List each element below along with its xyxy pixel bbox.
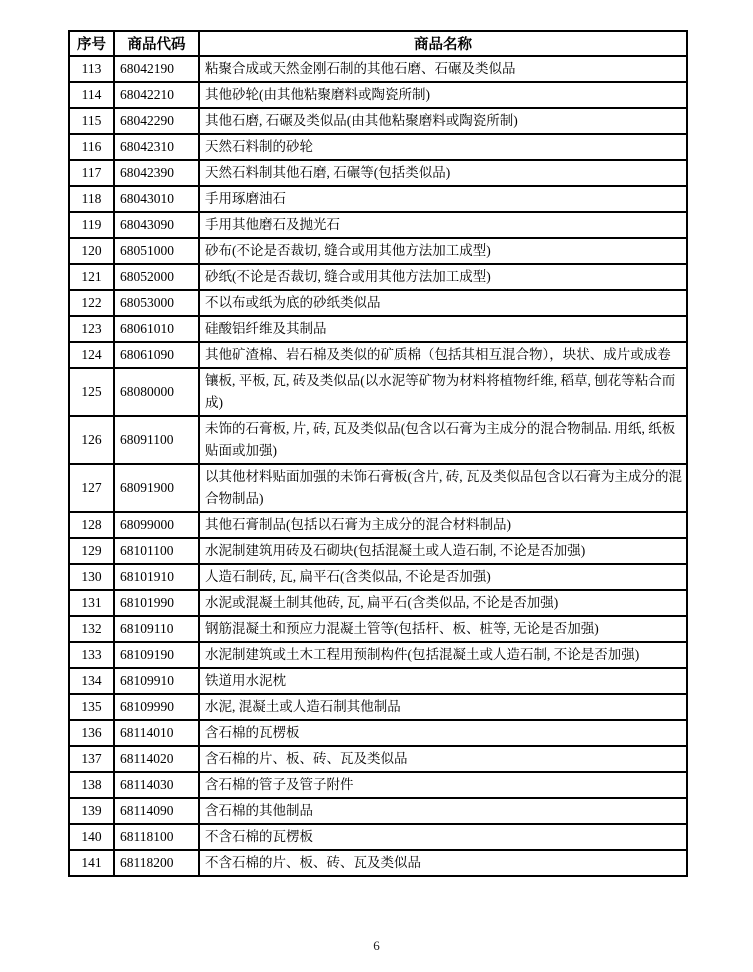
- table-row: 129 68101100 水泥制建筑用砖及石砌块(包括混凝土或人造石制, 不论是…: [69, 538, 687, 564]
- serial-cell: 116: [69, 134, 114, 160]
- table-row: 117 68042390 天然石料制其他石磨, 石碾等(包括类似品): [69, 160, 687, 186]
- code-cell: 68042290: [114, 108, 199, 134]
- table-header: 序号 商品代码 商品名称: [69, 31, 687, 56]
- code-cell: 68114010: [114, 720, 199, 746]
- code-cell: 68118100: [114, 824, 199, 850]
- name-cell: 粘聚合成或天然金刚石制的其他石磨、石碾及类似品: [199, 56, 687, 82]
- serial-cell: 114: [69, 82, 114, 108]
- code-cell: 68053000: [114, 290, 199, 316]
- code-cell: 68109110: [114, 616, 199, 642]
- table-row: 138 68114030 含石棉的管子及管子附件: [69, 772, 687, 798]
- name-cell: 含石棉的管子及管子附件: [199, 772, 687, 798]
- serial-cell: 120: [69, 238, 114, 264]
- code-cell: 68042190: [114, 56, 199, 82]
- code-cell: 68061010: [114, 316, 199, 342]
- table-row: 141 68118200 不含石棉的片、板、砖、瓦及类似品: [69, 850, 687, 876]
- name-cell: 其他矿渣棉、岩石棉及类似的矿质棉（包括其相互混合物），块状、成片或成卷: [199, 342, 687, 368]
- header-code: 商品代码: [114, 31, 199, 56]
- code-cell: 68109990: [114, 694, 199, 720]
- serial-cell: 118: [69, 186, 114, 212]
- code-cell: 68043010: [114, 186, 199, 212]
- name-cell: 其他砂轮(由其他粘聚磨料或陶瓷所制): [199, 82, 687, 108]
- code-cell: 68114090: [114, 798, 199, 824]
- serial-cell: 123: [69, 316, 114, 342]
- table-row: 122 68053000 不以布或纸为底的砂纸类似品: [69, 290, 687, 316]
- serial-cell: 133: [69, 642, 114, 668]
- code-cell: 68042310: [114, 134, 199, 160]
- name-cell: 其他石膏制品(包括以石膏为主成分的混合材料制品): [199, 512, 687, 538]
- commodity-table: 序号 商品代码 商品名称 113 68042190 粘聚合成或天然金刚石制的其他…: [68, 30, 688, 877]
- serial-cell: 140: [69, 824, 114, 850]
- name-cell: 含石棉的片、板、砖、瓦及类似品: [199, 746, 687, 772]
- code-cell: 68109910: [114, 668, 199, 694]
- name-cell: 天然石料制其他石磨, 石碾等(包括类似品): [199, 160, 687, 186]
- serial-cell: 124: [69, 342, 114, 368]
- serial-cell: 117: [69, 160, 114, 186]
- table-row: 135 68109990 水泥, 混凝土或人造石制其他制品: [69, 694, 687, 720]
- name-cell: 不含石棉的瓦楞板: [199, 824, 687, 850]
- table-row: 121 68052000 砂纸(不论是否裁切, 缝合或用其他方法加工成型): [69, 264, 687, 290]
- code-cell: 68042390: [114, 160, 199, 186]
- table-row: 114 68042210 其他砂轮(由其他粘聚磨料或陶瓷所制): [69, 82, 687, 108]
- code-cell: 68114030: [114, 772, 199, 798]
- code-cell: 68052000: [114, 264, 199, 290]
- name-cell: 以其他材料贴面加强的未饰石膏板(含片, 砖, 瓦及类似品包含以石膏为主成分的混合…: [199, 464, 687, 512]
- name-cell: 不以布或纸为底的砂纸类似品: [199, 290, 687, 316]
- code-cell: 68061090: [114, 342, 199, 368]
- name-cell: 不含石棉的片、板、砖、瓦及类似品: [199, 850, 687, 876]
- serial-cell: 113: [69, 56, 114, 82]
- name-cell: 水泥或混凝土制其他砖, 瓦, 扁平石(含类似品, 不论是否加强): [199, 590, 687, 616]
- table-row: 137 68114020 含石棉的片、板、砖、瓦及类似品: [69, 746, 687, 772]
- table-row: 123 68061010 硅酸铝纤维及其制品: [69, 316, 687, 342]
- serial-cell: 132: [69, 616, 114, 642]
- page-number: 6: [0, 938, 753, 954]
- serial-cell: 134: [69, 668, 114, 694]
- table-row: 115 68042290 其他石磨, 石碾及类似品(由其他粘聚磨料或陶瓷所制): [69, 108, 687, 134]
- serial-cell: 136: [69, 720, 114, 746]
- table-row: 134 68109910 铁道用水泥枕: [69, 668, 687, 694]
- name-cell: 手用其他磨石及抛光石: [199, 212, 687, 238]
- serial-cell: 129: [69, 538, 114, 564]
- name-cell: 镶板, 平板, 瓦, 砖及类似品(以水泥等矿物为材料将植物纤维, 稻草, 刨花等…: [199, 368, 687, 416]
- name-cell: 人造石制砖, 瓦, 扁平石(含类似品, 不论是否加强): [199, 564, 687, 590]
- name-cell: 钢筋混凝土和预应力混凝土管等(包括杆、板、桩等, 无论是否加强): [199, 616, 687, 642]
- header-row: 序号 商品代码 商品名称: [69, 31, 687, 56]
- table-row: 133 68109190 水泥制建筑或土木工程用预制构件(包括混凝土或人造石制,…: [69, 642, 687, 668]
- table-row: 140 68118100 不含石棉的瓦楞板: [69, 824, 687, 850]
- serial-cell: 139: [69, 798, 114, 824]
- name-cell: 含石棉的瓦楞板: [199, 720, 687, 746]
- name-cell: 水泥, 混凝土或人造石制其他制品: [199, 694, 687, 720]
- serial-cell: 131: [69, 590, 114, 616]
- code-cell: 68101100: [114, 538, 199, 564]
- name-cell: 含石棉的其他制品: [199, 798, 687, 824]
- table-row: 127 68091900 以其他材料贴面加强的未饰石膏板(含片, 砖, 瓦及类似…: [69, 464, 687, 512]
- name-cell: 砂纸(不论是否裁切, 缝合或用其他方法加工成型): [199, 264, 687, 290]
- name-cell: 天然石料制的砂轮: [199, 134, 687, 160]
- name-cell: 其他石磨, 石碾及类似品(由其他粘聚磨料或陶瓷所制): [199, 108, 687, 134]
- code-cell: 68051000: [114, 238, 199, 264]
- table-row: 118 68043010 手用琢磨油石: [69, 186, 687, 212]
- table-row: 128 68099000 其他石膏制品(包括以石膏为主成分的混合材料制品): [69, 512, 687, 538]
- name-cell: 水泥制建筑用砖及石砌块(包括混凝土或人造石制, 不论是否加强): [199, 538, 687, 564]
- table-row: 124 68061090 其他矿渣棉、岩石棉及类似的矿质棉（包括其相互混合物），…: [69, 342, 687, 368]
- serial-cell: 130: [69, 564, 114, 590]
- serial-cell: 119: [69, 212, 114, 238]
- serial-cell: 122: [69, 290, 114, 316]
- serial-cell: 126: [69, 416, 114, 464]
- document-page: 序号 商品代码 商品名称 113 68042190 粘聚合成或天然金刚石制的其他…: [0, 0, 753, 972]
- table-row: 139 68114090 含石棉的其他制品: [69, 798, 687, 824]
- name-cell: 未饰的石膏板, 片, 砖, 瓦及类似品(包含以石膏为主成分的混合物制品. 用纸,…: [199, 416, 687, 464]
- code-cell: 68091900: [114, 464, 199, 512]
- serial-cell: 121: [69, 264, 114, 290]
- name-cell: 铁道用水泥枕: [199, 668, 687, 694]
- code-cell: 68101910: [114, 564, 199, 590]
- header-name: 商品名称: [199, 31, 687, 56]
- code-cell: 68114020: [114, 746, 199, 772]
- code-cell: 68118200: [114, 850, 199, 876]
- code-cell: 68099000: [114, 512, 199, 538]
- table-row: 125 68080000 镶板, 平板, 瓦, 砖及类似品(以水泥等矿物为材料将…: [69, 368, 687, 416]
- name-cell: 硅酸铝纤维及其制品: [199, 316, 687, 342]
- code-cell: 68109190: [114, 642, 199, 668]
- code-cell: 68043090: [114, 212, 199, 238]
- serial-cell: 127: [69, 464, 114, 512]
- table-row: 132 68109110 钢筋混凝土和预应力混凝土管等(包括杆、板、桩等, 无论…: [69, 616, 687, 642]
- table-row: 131 68101990 水泥或混凝土制其他砖, 瓦, 扁平石(含类似品, 不论…: [69, 590, 687, 616]
- serial-cell: 138: [69, 772, 114, 798]
- code-cell: 68080000: [114, 368, 199, 416]
- table-row: 130 68101910 人造石制砖, 瓦, 扁平石(含类似品, 不论是否加强): [69, 564, 687, 590]
- serial-cell: 137: [69, 746, 114, 772]
- code-cell: 68101990: [114, 590, 199, 616]
- name-cell: 水泥制建筑或土木工程用预制构件(包括混凝土或人造石制, 不论是否加强): [199, 642, 687, 668]
- table-body: 113 68042190 粘聚合成或天然金刚石制的其他石磨、石碾及类似品 114…: [69, 56, 687, 876]
- code-cell: 68091100: [114, 416, 199, 464]
- table-row: 120 68051000 砂布(不论是否裁切, 缝合或用其他方法加工成型): [69, 238, 687, 264]
- header-serial: 序号: [69, 31, 114, 56]
- serial-cell: 125: [69, 368, 114, 416]
- serial-cell: 135: [69, 694, 114, 720]
- table-row: 136 68114010 含石棉的瓦楞板: [69, 720, 687, 746]
- table-row: 116 68042310 天然石料制的砂轮: [69, 134, 687, 160]
- serial-cell: 141: [69, 850, 114, 876]
- serial-cell: 115: [69, 108, 114, 134]
- table-row: 113 68042190 粘聚合成或天然金刚石制的其他石磨、石碾及类似品: [69, 56, 687, 82]
- table-row: 119 68043090 手用其他磨石及抛光石: [69, 212, 687, 238]
- name-cell: 手用琢磨油石: [199, 186, 687, 212]
- name-cell: 砂布(不论是否裁切, 缝合或用其他方法加工成型): [199, 238, 687, 264]
- serial-cell: 128: [69, 512, 114, 538]
- table-row: 126 68091100 未饰的石膏板, 片, 砖, 瓦及类似品(包含以石膏为主…: [69, 416, 687, 464]
- code-cell: 68042210: [114, 82, 199, 108]
